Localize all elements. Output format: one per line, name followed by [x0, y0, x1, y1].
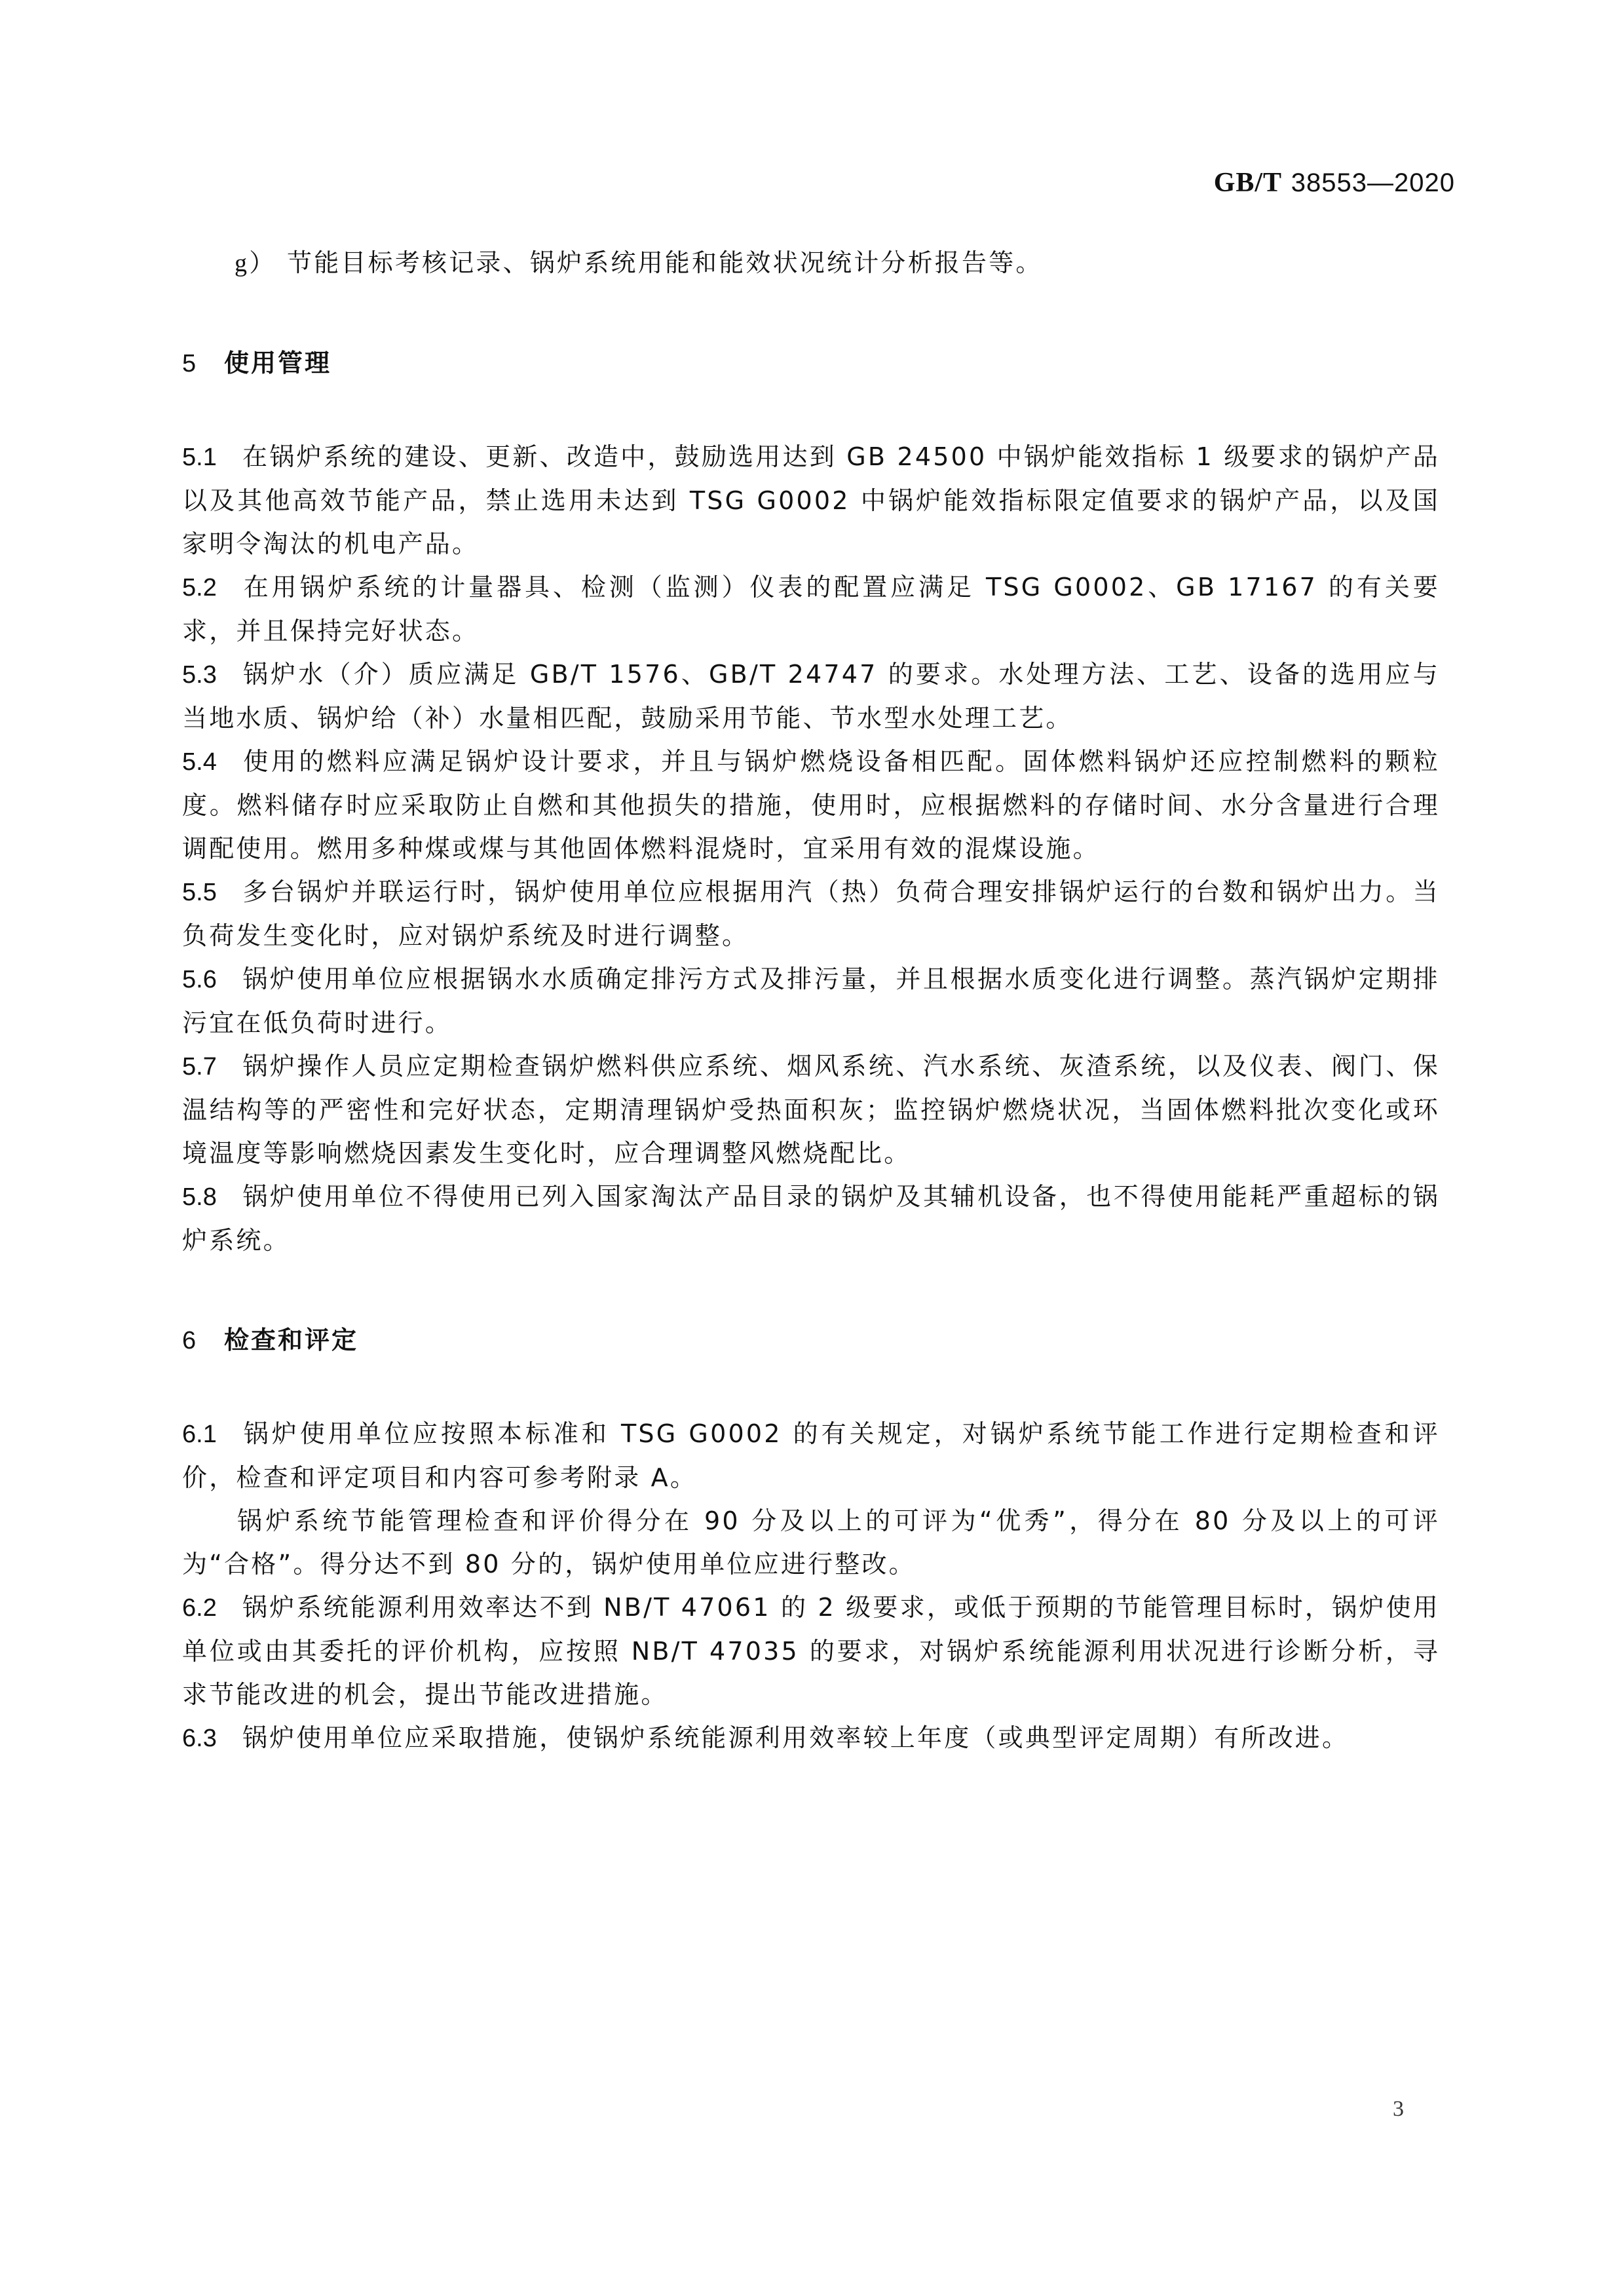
clause-text: 多台锅炉并联运行时，锅炉使用单位应根据用汽（热）负荷合理安排锅炉运行的台数和锅炉… [182, 877, 1440, 950]
standard-number: 38553—2020 [1291, 168, 1455, 197]
section-title: 检查和评定 [224, 1326, 358, 1354]
clause-text: 在用锅炉系统的计量器具、检测（监测）仪表的配置应满足 TSG G0002、GB … [182, 573, 1440, 645]
clause-text: 锅炉操作人员应定期检查锅炉燃料供应系统、烟风系统、汽水系统、灰渣系统，以及仪表、… [182, 1052, 1440, 1168]
clause-number: 5.3 [182, 653, 242, 697]
clause-5-8: 5.8锅炉使用单位不得使用已列入国家淘汰产品目录的锅炉及其辅机设备，也不得使用能… [182, 1175, 1440, 1262]
clause-6-1-scoring: 锅炉系统节能管理检查和评价得分在 90 分及以上的可评为“优秀”，得分在 80 … [182, 1499, 1440, 1586]
clause-5-1: 5.1在锅炉系统的建设、更新、改造中，鼓励选用达到 GB 24500 中锅炉能效… [182, 435, 1440, 565]
document-page: GB/T 38553—2020 g）节能目标考核记录、锅炉系统用能和能效状况统计… [0, 0, 1624, 2296]
list-marker: g） [235, 242, 287, 285]
clause-text: 锅炉系统节能管理检查和评价得分在 90 分及以上的可评为“优秀”，得分在 80 … [182, 1506, 1440, 1578]
clause-number: 5.8 [182, 1176, 242, 1219]
list-item-g: g）节能目标考核记录、锅炉系统用能和能效状况统计分析报告等。 [182, 241, 1440, 285]
clause-text: 锅炉使用单位应根据锅水水质确定排污方式及排污量，并且根据水质变化进行调整。蒸汽锅… [182, 965, 1440, 1037]
page-number: 3 [1393, 2097, 1404, 2122]
clause-number: 6.2 [182, 1586, 242, 1630]
clause-5-5: 5.5多台锅炉并联运行时，锅炉使用单位应根据用汽（热）负荷合理安排锅炉运行的台数… [182, 870, 1440, 957]
clause-number: 5.7 [182, 1045, 242, 1088]
clause-text: 锅炉水（介）质应满足 GB/T 1576、GB/T 24747 的要求。水处理方… [182, 660, 1440, 733]
clause-text: 锅炉使用单位应采取措施，使锅炉系统能源利用效率较上年度（或典型评定周期）有所改进… [242, 1723, 1349, 1752]
list-item-text: 节能目标考核记录、锅炉系统用能和能效状况统计分析报告等。 [287, 248, 1043, 277]
clause-text: 锅炉使用单位应按照本标准和 TSG G0002 的有关规定，对锅炉系统节能工作进… [182, 1419, 1440, 1492]
section-number: 5 [182, 342, 224, 385]
clause-number: 5.6 [182, 958, 242, 1001]
section-title: 使用管理 [224, 349, 331, 377]
clause-number: 5.1 [182, 436, 242, 479]
clause-5-3: 5.3锅炉水（介）质应满足 GB/T 1576、GB/T 24747 的要求。水… [182, 653, 1440, 740]
clause-5-2: 5.2在用锅炉系统的计量器具、检测（监测）仪表的配置应满足 TSG G0002、… [182, 565, 1440, 653]
clause-text: 锅炉使用单位不得使用已列入国家淘汰产品目录的锅炉及其辅机设备，也不得使用能耗严重… [182, 1182, 1440, 1255]
standard-code: GB/T 38553—2020 [1214, 167, 1455, 199]
clause-5-7: 5.7锅炉操作人员应定期检查锅炉燃料供应系统、烟风系统、汽水系统、灰渣系统，以及… [182, 1044, 1440, 1175]
clause-6-1: 6.1锅炉使用单位应按照本标准和 TSG G0002 的有关规定，对锅炉系统节能… [182, 1412, 1440, 1499]
clause-number: 6.1 [182, 1413, 242, 1456]
clause-text: 在锅炉系统的建设、更新、改造中，鼓励选用达到 GB 24500 中锅炉能效指标 … [182, 442, 1440, 558]
clause-number: 5.2 [182, 566, 242, 609]
clause-number: 6.3 [182, 1717, 242, 1760]
section-6-heading: 6检查和评定 [182, 1318, 1440, 1362]
clause-number: 5.4 [182, 740, 242, 784]
clause-text: 使用的燃料应满足锅炉设计要求，并且与锅炉燃烧设备相匹配。固体燃料锅炉还应控制燃料… [182, 747, 1440, 863]
clause-5-6: 5.6锅炉使用单位应根据锅水水质确定排污方式及排污量，并且根据水质变化进行调整。… [182, 957, 1440, 1044]
standard-prefix: GB/T [1214, 168, 1282, 198]
clause-6-2: 6.2锅炉系统能源利用效率达不到 NB/T 47061 的 2 级要求，或低于预… [182, 1586, 1440, 1716]
clause-5-4: 5.4使用的燃料应满足锅炉设计要求，并且与锅炉燃烧设备相匹配。固体燃料锅炉还应控… [182, 740, 1440, 870]
document-body: g）节能目标考核记录、锅炉系统用能和能效状况统计分析报告等。 5使用管理 5.1… [182, 241, 1440, 1760]
clause-text: 锅炉系统能源利用效率达不到 NB/T 47061 的 2 级要求，或低于预期的节… [182, 1593, 1440, 1709]
clause-6-3: 6.3锅炉使用单位应采取措施，使锅炉系统能源利用效率较上年度（或典型评定周期）有… [182, 1716, 1440, 1760]
clause-number: 5.5 [182, 871, 242, 914]
section-number: 6 [182, 1319, 224, 1362]
section-5-heading: 5使用管理 [182, 341, 1440, 385]
